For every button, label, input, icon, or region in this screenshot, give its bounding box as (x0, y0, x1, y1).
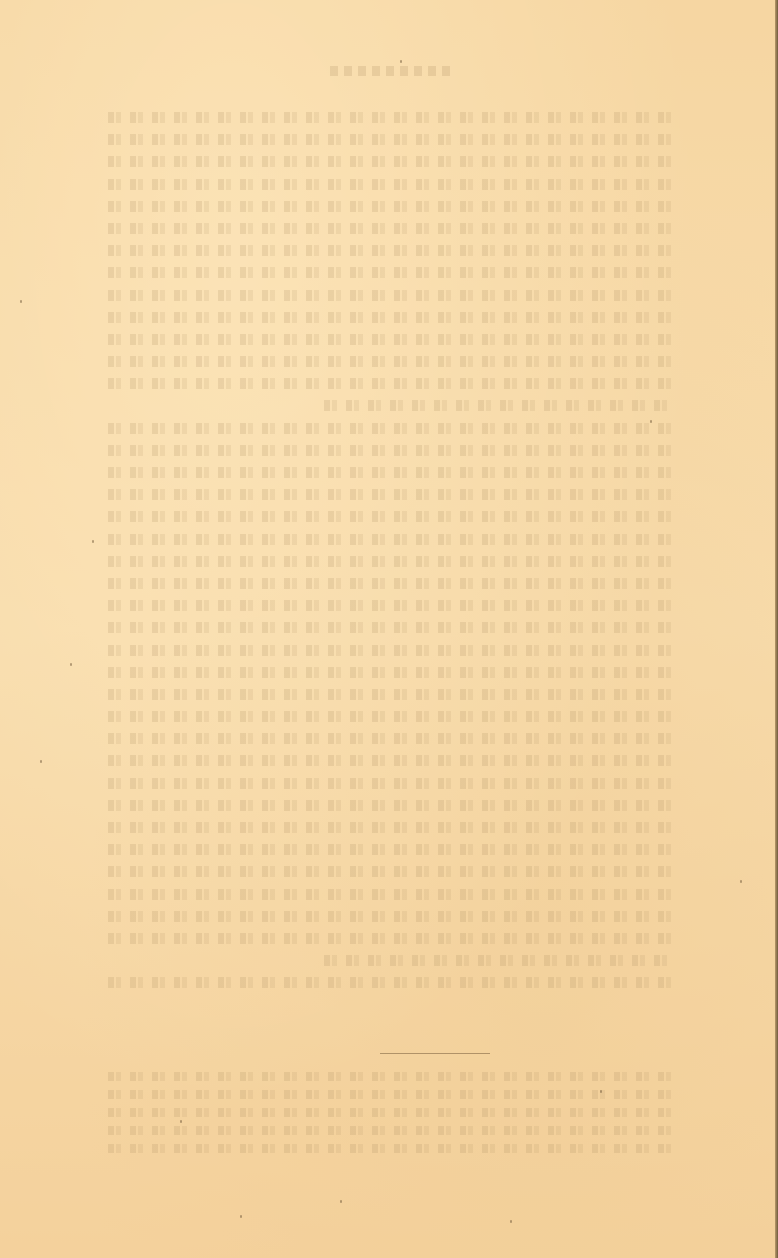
bleed-line (108, 445, 676, 456)
paper-speck (650, 420, 652, 423)
bleed-line (108, 889, 676, 900)
bleed-line (108, 866, 676, 877)
bleed-line (108, 1126, 676, 1135)
footnote-separator (380, 1053, 490, 1054)
bleed-line (108, 112, 676, 123)
bleed-line (324, 955, 676, 966)
bleed-line (108, 534, 676, 545)
paper-speck (340, 1200, 342, 1203)
bleed-line (108, 467, 676, 478)
bleed-line (108, 933, 676, 944)
page-header-bleed (330, 66, 450, 76)
bleed-line (108, 223, 676, 234)
bleed-line (108, 622, 676, 633)
bleed-line (108, 600, 676, 611)
bleed-line (108, 733, 676, 744)
paper-speck (70, 663, 72, 666)
paper-speck (740, 880, 742, 883)
bleed-line (108, 667, 676, 678)
bleed-line (108, 778, 676, 789)
bleed-line (108, 911, 676, 922)
bleed-line (108, 556, 676, 567)
bleed-line (108, 1072, 676, 1081)
bleed-line (108, 378, 676, 389)
bleed-line (108, 489, 676, 500)
bleed-line (108, 822, 676, 833)
bleed-line (108, 844, 676, 855)
bleed-line (108, 267, 676, 278)
bleed-line (108, 156, 676, 167)
paper-speck (600, 1090, 602, 1093)
bleed-line (108, 245, 676, 256)
bleed-line (108, 755, 676, 766)
bleed-through-text-main (108, 112, 676, 1000)
bleed-line (108, 689, 676, 700)
bleed-line (108, 511, 676, 522)
bleed-line (324, 400, 676, 411)
bleed-line (108, 179, 676, 190)
bleed-line (108, 645, 676, 656)
bleed-through-text-footnote (108, 1072, 676, 1162)
scanned-page (0, 0, 778, 1258)
bleed-line (108, 1090, 676, 1099)
paper-speck (180, 1120, 182, 1123)
bleed-line (108, 578, 676, 589)
bleed-line (108, 334, 676, 345)
paper-speck (40, 760, 42, 763)
bleed-line (108, 290, 676, 301)
bleed-line (108, 1108, 676, 1117)
bleed-line (108, 1144, 676, 1153)
paper-speck (92, 540, 94, 543)
bleed-line (108, 711, 676, 722)
bleed-line (108, 423, 676, 434)
bleed-line (108, 201, 676, 212)
paper-speck (400, 60, 402, 63)
bleed-line (108, 977, 676, 988)
paper-speck (510, 1220, 512, 1223)
bleed-line (108, 356, 676, 367)
bleed-line (108, 800, 676, 811)
bleed-line (108, 312, 676, 323)
paper-speck (20, 300, 22, 303)
paper-speck (240, 1215, 242, 1218)
bleed-line (108, 134, 676, 145)
